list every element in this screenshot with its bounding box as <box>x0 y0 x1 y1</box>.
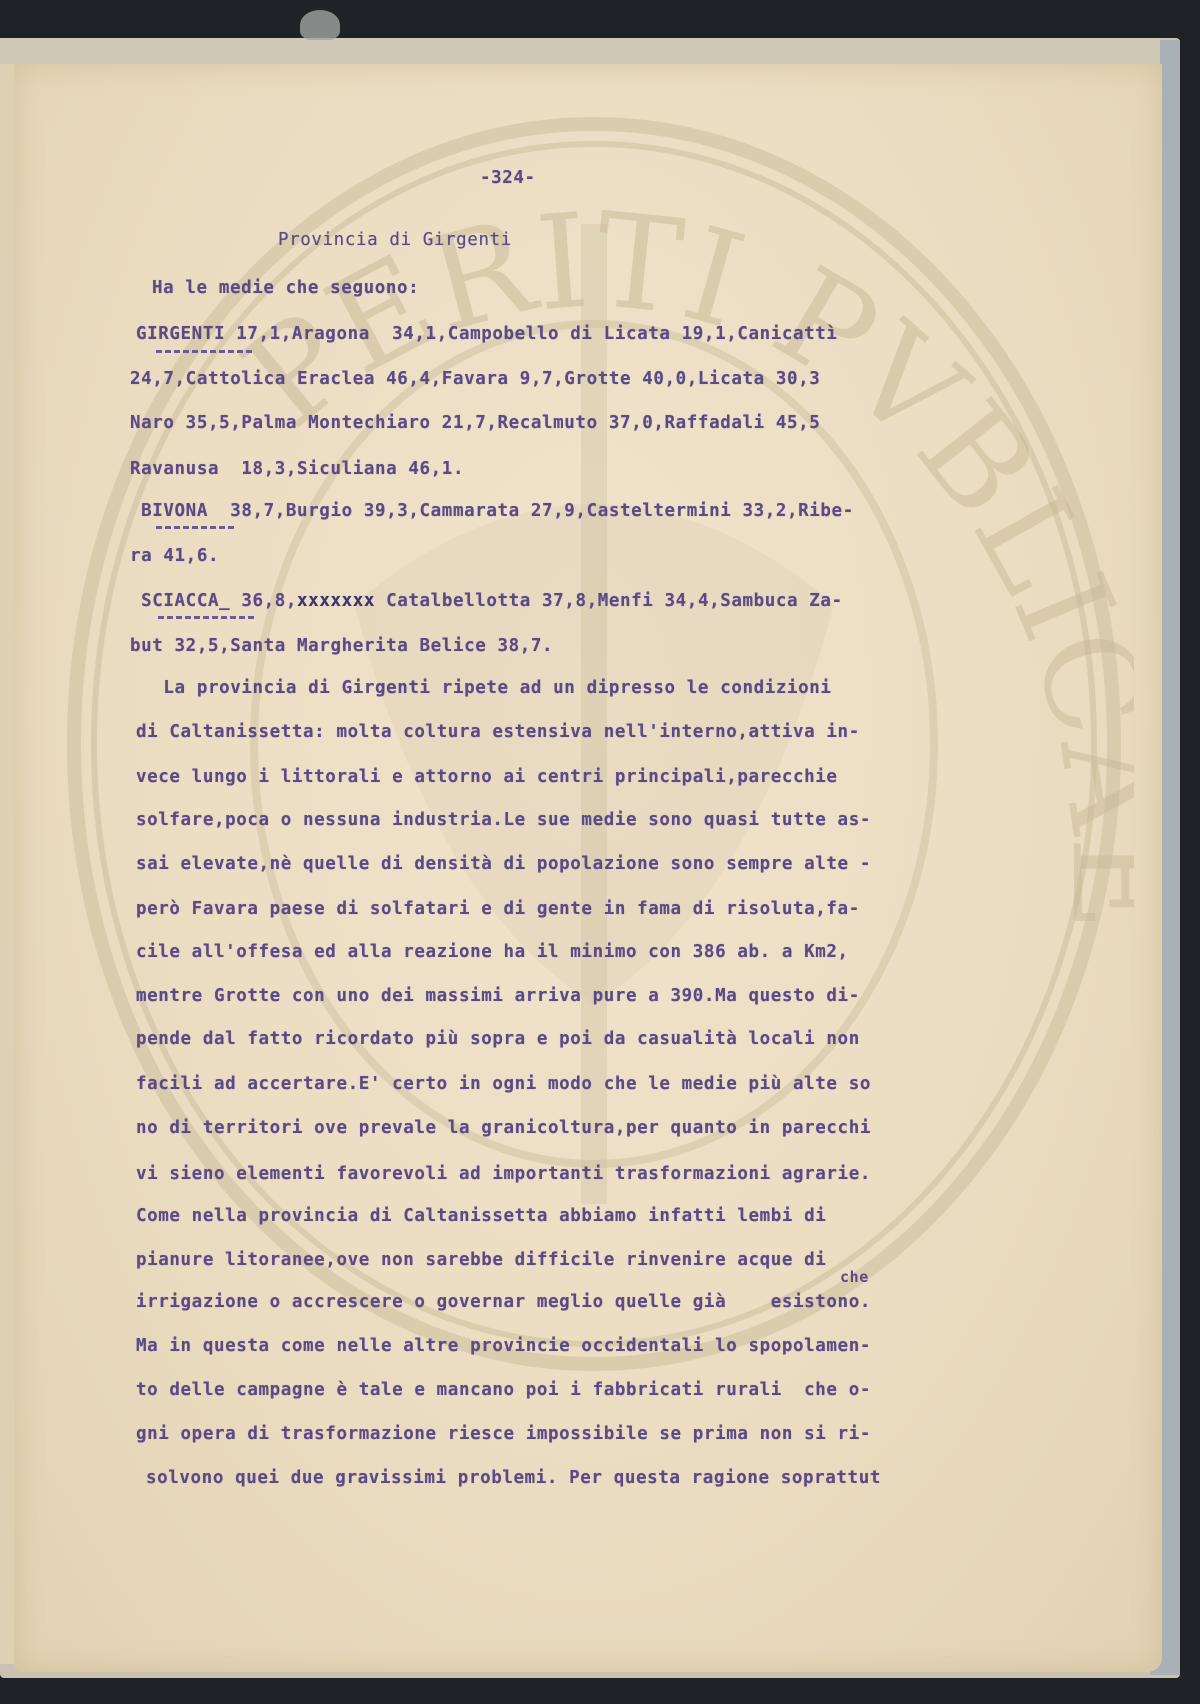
document-page: PERITI PVBLICAE AVGEN -324- Provincia di… <box>14 64 1162 1672</box>
text-line-12: solfare,poca o nessuna industria.Le sue … <box>136 810 871 830</box>
text-line-16: mentre Grotte con uno dei massimi arriva… <box>136 986 860 1006</box>
text-line-6: ra 41,6. <box>130 546 219 566</box>
text-line-15: cile all'offesa ed alla reazione ha il m… <box>136 942 849 962</box>
text-line-4: Ravanusa 18,3,Siculiana 46,1. <box>130 459 464 479</box>
text-line-7: SCIACCA_ 36,8,xxxxxxx Catalbellotta 37,8… <box>130 591 843 611</box>
text-line-13: sai elevate,nè quelle di densità di popo… <box>136 854 871 874</box>
typewritten-text: -324- Provincia di Girgenti Ha le medie … <box>14 64 1162 1672</box>
section-heading: Provincia di Girgenti <box>278 230 512 250</box>
text-line-11: vece lungo i littorali e attorno ai cent… <box>136 767 838 787</box>
intro-line: Ha le medie che seguono: <box>152 278 419 298</box>
page-number: -324- <box>480 168 536 188</box>
text-line-17: pende dal fatto ricordato più sopra e po… <box>136 1029 860 1049</box>
text-line-21: Come nella provincia di Caltanissetta ab… <box>136 1206 826 1226</box>
text-line-10: di Caltanissetta: molta coltura estensiv… <box>136 722 860 742</box>
district-underline-girgenti <box>156 350 252 356</box>
text-line-3: Naro 35,5,Palma Montechiaro 21,7,Recalmu… <box>130 413 820 433</box>
text-line-27: solvono quei due gravissimi problemi. Pe… <box>146 1468 881 1488</box>
sciacca-prefix: SCIACCA_ 36,8, <box>130 591 297 611</box>
struck-out-text: xxxxxxx <box>297 591 375 611</box>
text-line-5: BIVONA 38,7,Burgio 39,3,Cammarata 27,9,C… <box>130 501 854 521</box>
left-binding-edge <box>0 64 15 1664</box>
district-underline-bivona <box>156 526 234 532</box>
text-line-14: però Favara paese di solfatari e di gent… <box>136 899 860 919</box>
text-line-20: vi sieno elementi favorevoli ad importan… <box>136 1164 871 1184</box>
text-line-9: La provincia di Girgenti ripete ad un di… <box>130 678 832 698</box>
top-edge-strip <box>0 38 1160 66</box>
text-line-24: Ma in questa come nelle altre provincie … <box>136 1336 871 1356</box>
sciacca-rest: Catalbellotta 37,8,Menfi 34,4,Sambuca Za… <box>375 591 843 611</box>
text-line-2: 24,7,Cattolica Eraclea 46,4,Favara 9,7,G… <box>130 369 820 389</box>
scanned-document: PERITI PVBLICAE AVGEN -324- Provincia di… <box>0 0 1200 1704</box>
text-line-1: GIRGENTI 17,1,Aragona 34,1,Campobello di… <box>136 324 838 344</box>
text-line-23: irrigazione o accrescere o governar megl… <box>136 1292 871 1312</box>
text-line-25: to delle campagne è tale e mancano poi i… <box>136 1380 871 1400</box>
text-line-19: no di territori ove prevale la granicolt… <box>136 1118 871 1138</box>
text-line-18: facili ad accertare.E' certo in ogni mod… <box>136 1074 871 1094</box>
district-underline-sciacca <box>158 616 254 622</box>
paper-tear <box>300 10 340 40</box>
inserted-word: che <box>840 1268 869 1286</box>
text-line-8: but 32,5,Santa Margherita Belice 38,7. <box>130 636 553 656</box>
text-line-26: gni opera di trasformazione riesce impos… <box>136 1424 871 1444</box>
text-line-22: pianure litoranee,ove non sarebbe diffic… <box>136 1250 826 1270</box>
